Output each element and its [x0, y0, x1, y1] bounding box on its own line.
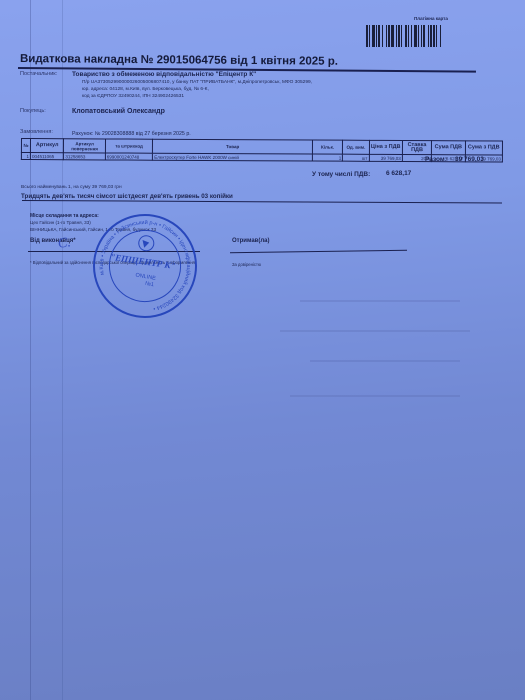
buyer-label: Покупець: — [20, 108, 46, 114]
cell-quantity: 1 — [312, 154, 342, 161]
svg-text:м.Київ • Україна • Гайсинський: м.Київ • Україна • Гайсинський р-н • Гай… — [90, 211, 199, 320]
company-stamp: "ЕПІЦЕНТР К" ONLINE №1 м.Київ • Україна … — [83, 204, 206, 327]
place-label: Місце складання та адреса: — [30, 213, 99, 219]
paper-fold — [30, 0, 31, 700]
bleed-through — [290, 395, 460, 397]
barcode-label: Платіжна карта — [414, 16, 448, 21]
col-unit: Од. вим. — [343, 140, 369, 154]
cell-product: Електроскутер Forte HAWK 2000W синій — [153, 153, 313, 161]
col-vat-sum: Сума ПДВ — [432, 141, 465, 155]
stamp-ring-text: м.Київ • Україна • Гайсинський р-н • Гай… — [86, 207, 205, 326]
cell-unit: шт — [343, 154, 369, 161]
summary-divider — [22, 200, 502, 204]
vat-value: 6 628,17 — [386, 170, 411, 177]
total-value: 39 769,03 — [455, 156, 484, 163]
supplier-name: Товариство з обмеженою відповідальністю … — [72, 71, 256, 78]
invoice-reference: Рахунок: № 29028308888 від 27 березня 20… — [72, 131, 191, 137]
cell-price-vat: 39 769,03 — [369, 154, 402, 161]
col-quantity: Кільк. — [312, 140, 342, 154]
cell-number: 1 — [21, 153, 30, 160]
vat-label: У тому числі ПДВ: — [312, 171, 370, 178]
supplier-address: юр. адреса: 04128, м.Київ, вул. Берковец… — [82, 87, 209, 92]
cell-barcode: 6990001240748 — [105, 153, 153, 160]
col-sum-vat: Сума з ПДВ — [465, 141, 503, 155]
supplier-codes: код за ЄДРПОУ 32490244, ІПН 324902426531 — [82, 94, 184, 99]
paper-fold — [62, 0, 63, 700]
document-title: Видаткова накладна № 29015064756 від 1 к… — [20, 53, 338, 68]
col-price-vat: Ціна з ПДВ — [369, 140, 402, 154]
col-return-article: Артикул повернення — [64, 139, 105, 153]
barcode-icon — [366, 25, 524, 47]
barcode-bar — [441, 25, 443, 47]
total-label: Разом: — [425, 156, 447, 163]
receiver-label: Отримав(ла) — [232, 238, 270, 244]
executor-signature: С. — [57, 235, 72, 253]
place-line-1: Цех Гайсин (1-го Травня, 33) — [30, 220, 91, 225]
bleed-through — [300, 300, 460, 302]
bleed-through — [310, 360, 460, 362]
proxy-label: За довіреністю — [232, 262, 261, 267]
cell-return-article: 31258653 — [64, 153, 105, 160]
receiver-signature-line — [230, 250, 407, 253]
invoice-page: Платіжна карта Видаткова накладна № 2901… — [0, 0, 525, 700]
cell-article: 004511065 — [30, 153, 63, 160]
col-article: Артикул — [31, 139, 64, 153]
col-product: Товар — [153, 139, 313, 154]
amount-in-words: Тридцять дев'ять тисяч сімсот шістдесят … — [21, 193, 233, 200]
supplier-account: П/р UA373052990000026005006807410, у бан… — [82, 80, 312, 85]
col-number: № — [21, 139, 30, 153]
supplier-label: Постачальник: — [20, 71, 57, 77]
col-vat-rate: Ставка ПДВ — [402, 140, 431, 154]
buyer-name: Клопатовський Олександр — [72, 108, 165, 115]
items-count-line: Всього найменувань 1, на суму 39 769,03 … — [21, 185, 122, 190]
order-label: Замовлення: — [20, 129, 53, 135]
col-barcode: та штрихкод — [105, 139, 153, 153]
bleed-through — [280, 330, 470, 332]
